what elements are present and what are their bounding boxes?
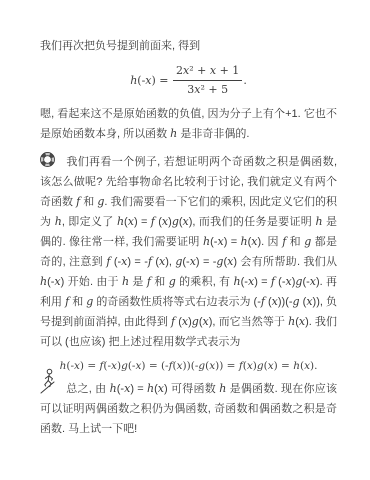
paragraph-observation-text: 嗯, 看起来这不是原始函数的负值, 因为分子上有个+1. 它也不是原始函数本身,…	[40, 108, 337, 140]
formula-lhs: h(-x) =	[130, 74, 172, 87]
paragraph-intro: 我们再次把负号提到前面来, 得到	[40, 36, 337, 56]
fraction-numerator: 2x² + x + 1	[173, 64, 242, 81]
paragraph-example: 我们再看一个例子, 若想证明两个奇函数之积是偶函数, 该怎么做呢? 先给事物命名…	[40, 152, 337, 352]
lifebuoy-ring-icon	[40, 152, 55, 167]
ebook-page-screenshot: { "page": { "background": "#ffffff", "te…	[0, 0, 370, 480]
paragraph-summary: 总之, 由 h(-x) = h(x) 可得函数 h 是偶函数. 现在你应该可以证…	[40, 379, 337, 439]
paragraph-summary-text: 总之, 由 h(-x) = h(x) 可得函数 h 是偶函数. 现在你应该可以证…	[40, 383, 337, 435]
formula-product-proof-text: h(-x) = f(-x)g(-x) = (-f(x))(-g(x)) = f(…	[60, 360, 318, 372]
paragraph-example-text: 我们再看一个例子, 若想证明两个奇函数之积是偶函数, 该怎么做呢? 先给事物命名…	[40, 156, 337, 348]
fraction: 2x² + x + 13x² + 5	[173, 64, 242, 98]
climbing-figure-icon	[40, 368, 56, 394]
paragraph-intro-text: 我们再次把负号提到前面来, 得到	[40, 40, 200, 52]
book-page: 我们再次把负号提到前面来, 得到 h(-x) = 2x² + x + 13x² …	[0, 0, 370, 480]
formula-h-neg-x-fraction: h(-x) = 2x² + x + 13x² + 5.	[40, 64, 337, 98]
paragraph-observation: 嗯, 看起来这不是原始函数的负值, 因为分子上有个+1. 它也不是原始函数本身,…	[40, 104, 337, 144]
formula-product-proof: h(-x) = f(-x)g(-x) = (-f(x))(-g(x)) = f(…	[40, 360, 337, 374]
fraction-denominator: 3x² + 5	[173, 81, 242, 97]
formula-period: .	[243, 74, 247, 87]
